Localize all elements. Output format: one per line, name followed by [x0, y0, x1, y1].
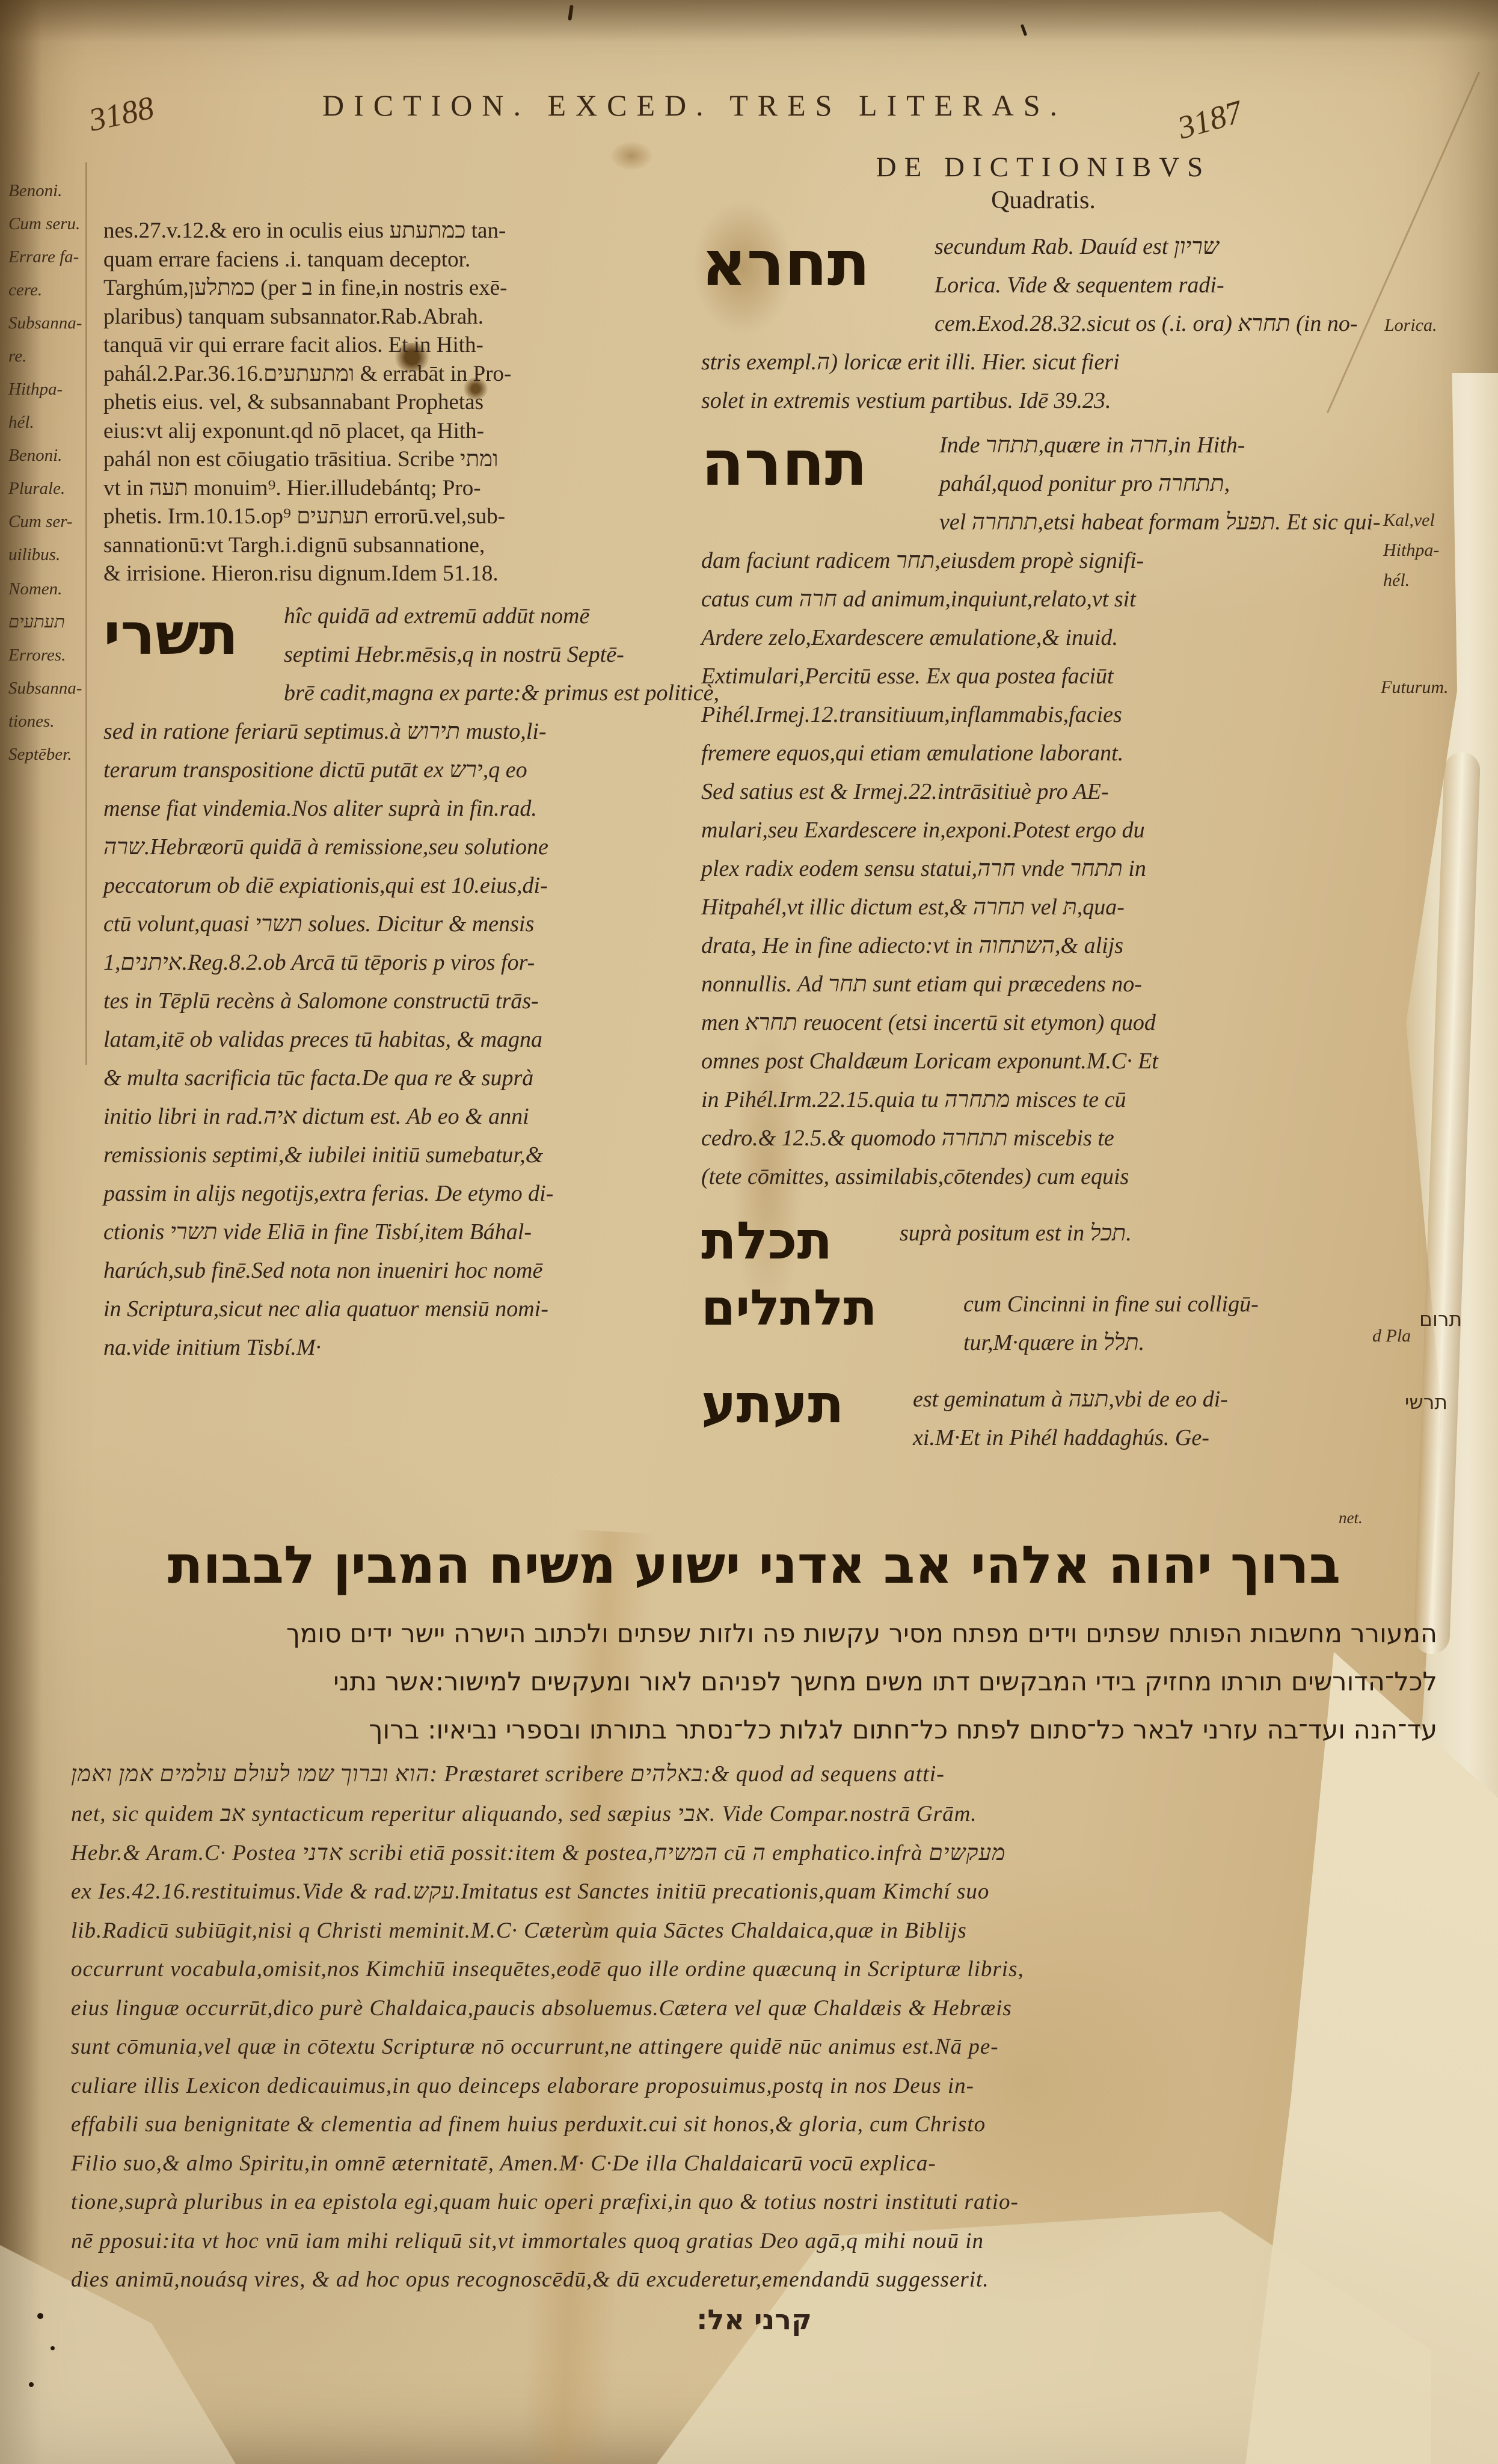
text-line: remissionis septimi,& iubilei initiū sum…: [103, 1136, 700, 1174]
text-line: Hitpahél,vt illic dictum est,& תחרה vel …: [701, 888, 1386, 926]
margin-note: tiones.: [8, 705, 100, 738]
ink-speck: [51, 2346, 55, 2350]
text-line: eius:vt alij exponunt.qd nō placet, qa H…: [103, 417, 700, 446]
text-line: Sed satius est & Irmej.22.intrāsitiuè pr…: [701, 772, 1386, 811]
text-line: solet in extremis vestium partibus. Idē …: [701, 381, 1386, 420]
hebrew-benediction-paragraph: המעורר מחשבות הפותח שפתים וידים מפתח מסי…: [71, 1610, 1437, 1754]
entry-tishri-text: hîc quidā ad extremū addūt nomēseptimi H…: [103, 597, 700, 1367]
hebrew-headword-techelet: תכלת: [701, 1207, 900, 1267]
margin-note: Hithpa-: [8, 373, 100, 406]
text-line: mense fiat vindemia.Nos aliter suprà in …: [103, 789, 700, 828]
text-line: plex radix eodem sensu statui,חרה vnde ת…: [701, 849, 1386, 888]
right-column: DE DICTIONIBVS Quadratis. תחרא secundum …: [701, 150, 1386, 1457]
text-line: men תחרא reuocent (etsi incertū sit etym…: [701, 1003, 1386, 1042]
catchword: net.: [1339, 1503, 1363, 1533]
margin-note: uilibus.: [8, 538, 100, 571]
ink-speck: [29, 2382, 34, 2387]
margin-note: Subsanna-: [8, 672, 100, 705]
text-line: na.vide initium Tisbí.M·: [103, 1328, 700, 1367]
fold-crease: [1413, 751, 1481, 1654]
text-line: vt in תעה monuim⁹. Hier.illudebántq; Pro…: [103, 474, 700, 503]
text-line: tione,suprà pluribus in ea epistola egi,…: [71, 2183, 1437, 2222]
text-line: in Pihél.Irm.22.15.quia tu מתחרה misces …: [701, 1080, 1386, 1119]
margin-note: Plurale.: [8, 472, 100, 505]
text-line: drata, He in fine adiecto:vt in השתחוה,&…: [701, 926, 1386, 965]
hebrew-benediction-title: ברוך יהוה אלהי אב אדני ישוע משיח המבין ל…: [71, 1531, 1437, 1600]
text-line: tanquā vir qui errare facit alios. Et in…: [103, 331, 700, 360]
ink-mark: [1021, 24, 1028, 37]
text-line: stris exempl.ה) loricæ erit illi. Hier. …: [701, 343, 1386, 381]
right-margin-hebrew-note: תרשי: [1405, 1387, 1447, 1417]
entry-tachareh-text: Inde תתחר,quære in חרה,in Hith-pahál,quo…: [701, 426, 1386, 1196]
text-line: cedro.& 12.5.& quomodo תתחרה miscebis te: [701, 1119, 1386, 1157]
text-line: initio libri in rad.איה dictum est. Ab e…: [103, 1097, 700, 1136]
hebrew-line: לכל־הדורשים תורתו מחזיק בידי המבקשים דתו…: [71, 1658, 1437, 1706]
entry-tachareh: תחרה Inde תתחר,quære in חרה,in Hith-pahá…: [701, 426, 1386, 1196]
text-line: sunt cōmunia,vel quæ in cōtextu Scriptur…: [71, 2028, 1437, 2067]
text-line: שרה.Hebræorū quidā à remissione,seu solu…: [103, 828, 700, 866]
hebrew-headword-tachra: תחרא: [701, 227, 935, 312]
text-line: latam,itē ob validas preces tū habitas, …: [103, 1020, 700, 1059]
right-margin-note-pla: d Pla: [1372, 1321, 1411, 1351]
left-margin-notes-top: Benoni.Cum seru.Errare fa-cere.Subsanna-…: [8, 174, 100, 571]
margin-note: Benoni.: [8, 174, 100, 208]
text-line: ex Ies.42.16.restituimus.Vide & rad.עקש.…: [71, 1873, 1437, 1912]
hebrew-headword-tachareh: תחרה: [701, 426, 939, 511]
margin-note: Nomen.: [8, 573, 100, 606]
margin-note: Hithpa-: [1383, 535, 1439, 565]
margin-note: Subsanna-: [8, 307, 100, 340]
entry-taltalim-text: cum Cincinni in fine sui colligū-tur,M·q…: [963, 1278, 1259, 1362]
entry-tishri: תשרי hîc quidā ad extremū addūt nomēsept…: [103, 597, 700, 1367]
text-line: in Scriptura,sicut nec alia quatuor mens…: [103, 1290, 700, 1328]
text-line: tes in Tēplū recèns à Salomone construct…: [103, 982, 700, 1020]
margin-note: Cum seru.: [8, 208, 100, 241]
right-margin-hebrew-note: תרום: [1419, 1304, 1462, 1334]
text-line: sed in ratione feriarū septimus.à תירוש …: [103, 712, 700, 751]
text-line: est geminatum à תעה,vbi de eo di-: [913, 1380, 1228, 1418]
ink-speck: [37, 2313, 43, 2319]
section-subheading: Quadratis.: [701, 184, 1386, 217]
text-line: Hebr.& Aram.C· Postea אדני scribi etiā p…: [71, 1834, 1437, 1873]
entry-tata: תעתע est geminatum à תעה,vbi de eo di-xi…: [701, 1373, 1386, 1457]
text-line: mulari,seu Exardescere in,exponi.Potest …: [701, 811, 1386, 849]
margin-note: Errores.: [8, 639, 100, 672]
text-line: Ardere zelo,Exardescere æmulatione,& inu…: [701, 618, 1386, 657]
text-line: cum Cincinni in fine sui colligū-: [963, 1285, 1259, 1323]
text-line: plaribus) tanquam subsannator.Rab.Abrah.: [103, 303, 700, 331]
right-margin-note-futurum: Futurum.: [1381, 673, 1449, 703]
left-margin-notes-mid: Nomen.תעתעיםErrores.Subsanna-tiones.Sept…: [8, 573, 100, 771]
text-line: culiare illis Lexicon dedicauimus,in quo…: [71, 2067, 1437, 2106]
margin-note: hél.: [1383, 565, 1439, 596]
entry-taltalim: תלתלים cum Cincinni in fine sui colligū-…: [701, 1278, 1386, 1362]
text-line: Pihél.Irmej.12.transitiuum,inflammabis,f…: [701, 695, 1386, 734]
mixed-hebrew-latin-line: הוא וברוך שמו לעולם עולמים אמן ואמן: Præ…: [71, 1754, 1437, 1794]
margin-note: Errare fa-: [8, 241, 100, 274]
bottom-section: ברוך יהוה אלהי אב אדני ישוע משיח המבין ל…: [71, 1531, 1437, 2336]
left-column-roman-text: nes.27.v.12.& ero in oculis eius כמתעתע …: [103, 217, 700, 588]
margin-note: Kal,vel: [1383, 505, 1439, 535]
text-line: fremere equos,qui etiam æmulatione labor…: [701, 734, 1386, 772]
right-margin-note-kal: Kal,velHithpa-hél.: [1383, 505, 1439, 596]
margin-note: Cum ser-: [8, 505, 100, 538]
text-line: peccatorum ob diē expiationis,qui est 10…: [103, 866, 700, 905]
text-line: nē pposui:ita vt hoc vnū iam mihi reliqu…: [71, 2222, 1437, 2261]
text-line: lib.Radicū subiūgit,nisi q Christi memin…: [71, 1912, 1437, 1951]
text-line: suprà positum est in תכל.: [900, 1214, 1132, 1252]
text-line: ctū volunt,quasi תשרי solues. Dicitur & …: [103, 905, 700, 943]
text-line: dam faciunt radicem תחר,eiusdem propè si…: [701, 541, 1386, 580]
text-line: passim in alijs negotijs,extra ferias. D…: [103, 1174, 700, 1213]
text-line: xi.M·Et in Pihél haddaghús. Ge-: [913, 1418, 1228, 1457]
text-line: & irrisione. Hieron.risu dignum.Idem 51.…: [103, 559, 700, 588]
text-line: Targhúm,כמתלען (per ב in fine,in nostris…: [103, 274, 700, 303]
folio-number-right: 3187: [1174, 93, 1247, 146]
margin-note: Benoni.: [8, 439, 100, 472]
text-line: nes.27.v.12.& ero in oculis eius כמתעתע …: [103, 217, 700, 245]
text-line: tur,M·quære in תלל.: [963, 1323, 1259, 1362]
text-line: harúch,sub finē.Sed nota non inueniri ho…: [103, 1251, 700, 1290]
text-line: איתנים,1.Reg.8.2.ob Arcā tū tēporis p vi…: [103, 943, 700, 982]
text-line: phetis. Irm.10.15.op⁹ תעתעים errorū.vel,…: [103, 502, 700, 531]
margin-note: hél.: [8, 406, 100, 439]
right-margin-note-lorica: Lorica.: [1384, 310, 1437, 340]
text-line: omnes post Chaldæum Loricam exponunt.M.C…: [701, 1042, 1386, 1080]
margin-note: תעתעים: [8, 606, 100, 639]
text-line: terarum transpositione dictū putāt ex יר…: [103, 751, 700, 789]
left-column: nes.27.v.12.& ero in oculis eius כמתעתע …: [103, 217, 700, 1367]
hebrew-headword-taltalim: תלתלים: [701, 1278, 963, 1362]
text-line: Filio suo,& almo Spiritu,in omnē æternit…: [71, 2145, 1437, 2184]
text-line: occurrunt vocabula,omisit,nos Kimchiū in…: [71, 1950, 1437, 1989]
text-line: phetis eius. vel, & subsannabant Prophet…: [103, 388, 700, 417]
entry-techelet-text: suprà positum est in תכל.: [900, 1207, 1132, 1267]
text-line: eius linguæ occurrūt,dico purè Chaldaica…: [71, 1989, 1437, 2028]
text-line: ctionis תשרי vide Eliā in fine Tisbí,ite…: [103, 1213, 700, 1251]
text-line: net, sic quidem אב syntacticum reperitur…: [71, 1795, 1437, 1834]
hebrew-line: המעורר מחשבות הפותח שפתים וידים מפתח מסי…: [71, 1610, 1437, 1658]
section-heading: DE DICTIONIBVS: [701, 150, 1386, 184]
margin-note: cere.: [8, 274, 100, 307]
margin-note: re.: [8, 340, 100, 373]
text-line: Extimulari,Percitū esse. Ex qua postea f…: [701, 657, 1386, 695]
text-line: (tete cōmittes, assimilabis,cōtendes) cu…: [701, 1157, 1386, 1196]
hebrew-headword-tishri: תשרי: [103, 597, 284, 683]
text-line: & multa sacrificia tūc facta.De qua re &…: [103, 1059, 700, 1097]
closing-latin-paragraph: net, sic quidem אב syntacticum reperitur…: [71, 1795, 1437, 2300]
entry-tata-text: est geminatum à תעה,vbi de eo di-xi.M·Et…: [913, 1373, 1228, 1457]
text-line: quam errare faciens .i. tanquam deceptor…: [103, 245, 700, 274]
text-line: nonnullis. Ad תחר sunt etiam qui præcede…: [701, 965, 1386, 1003]
entry-tachra: תחרא secundum Rab. Dauíd est שריוןLorica…: [701, 227, 1386, 420]
page-photo: 3188 DICTION. EXCED. TRES LITERAS. 3187 …: [0, 0, 1498, 2464]
text-line: dies animū,nouásq vires, & ad hoc opus r…: [71, 2261, 1437, 2300]
text-line: sannationū:vt Targh.i.dignū subsannation…: [103, 531, 700, 560]
text-line: pahál.2.Par.36.16.ומתעתעים & errabāt in …: [103, 360, 700, 389]
hebrew-line: עד־הנה ועד־בה עזרני לבאר כל־סתום לפתח כל…: [71, 1706, 1437, 1754]
margin-note: Septēber.: [8, 738, 100, 771]
text-line: effabili sua benignitate & clementia ad …: [71, 2105, 1437, 2145]
hebrew-closing-phrase: קרני אל:: [71, 2303, 1437, 2336]
hebrew-headword-tata: תעתע: [701, 1373, 913, 1457]
entry-techelet: תכלת suprà positum est in תכל.: [701, 1207, 1386, 1267]
ink-mark: [568, 5, 574, 21]
paper-stain: [610, 141, 652, 170]
running-title: DICTION. EXCED. TRES LITERAS.: [241, 88, 1149, 123]
text-line: pahál non est cōiugatio trāsitiua. Scrib…: [103, 445, 700, 474]
folio-number-left: 3188: [86, 88, 158, 138]
text-line: catus cum חרה ad animum,inquiunt,relato,…: [701, 580, 1386, 618]
